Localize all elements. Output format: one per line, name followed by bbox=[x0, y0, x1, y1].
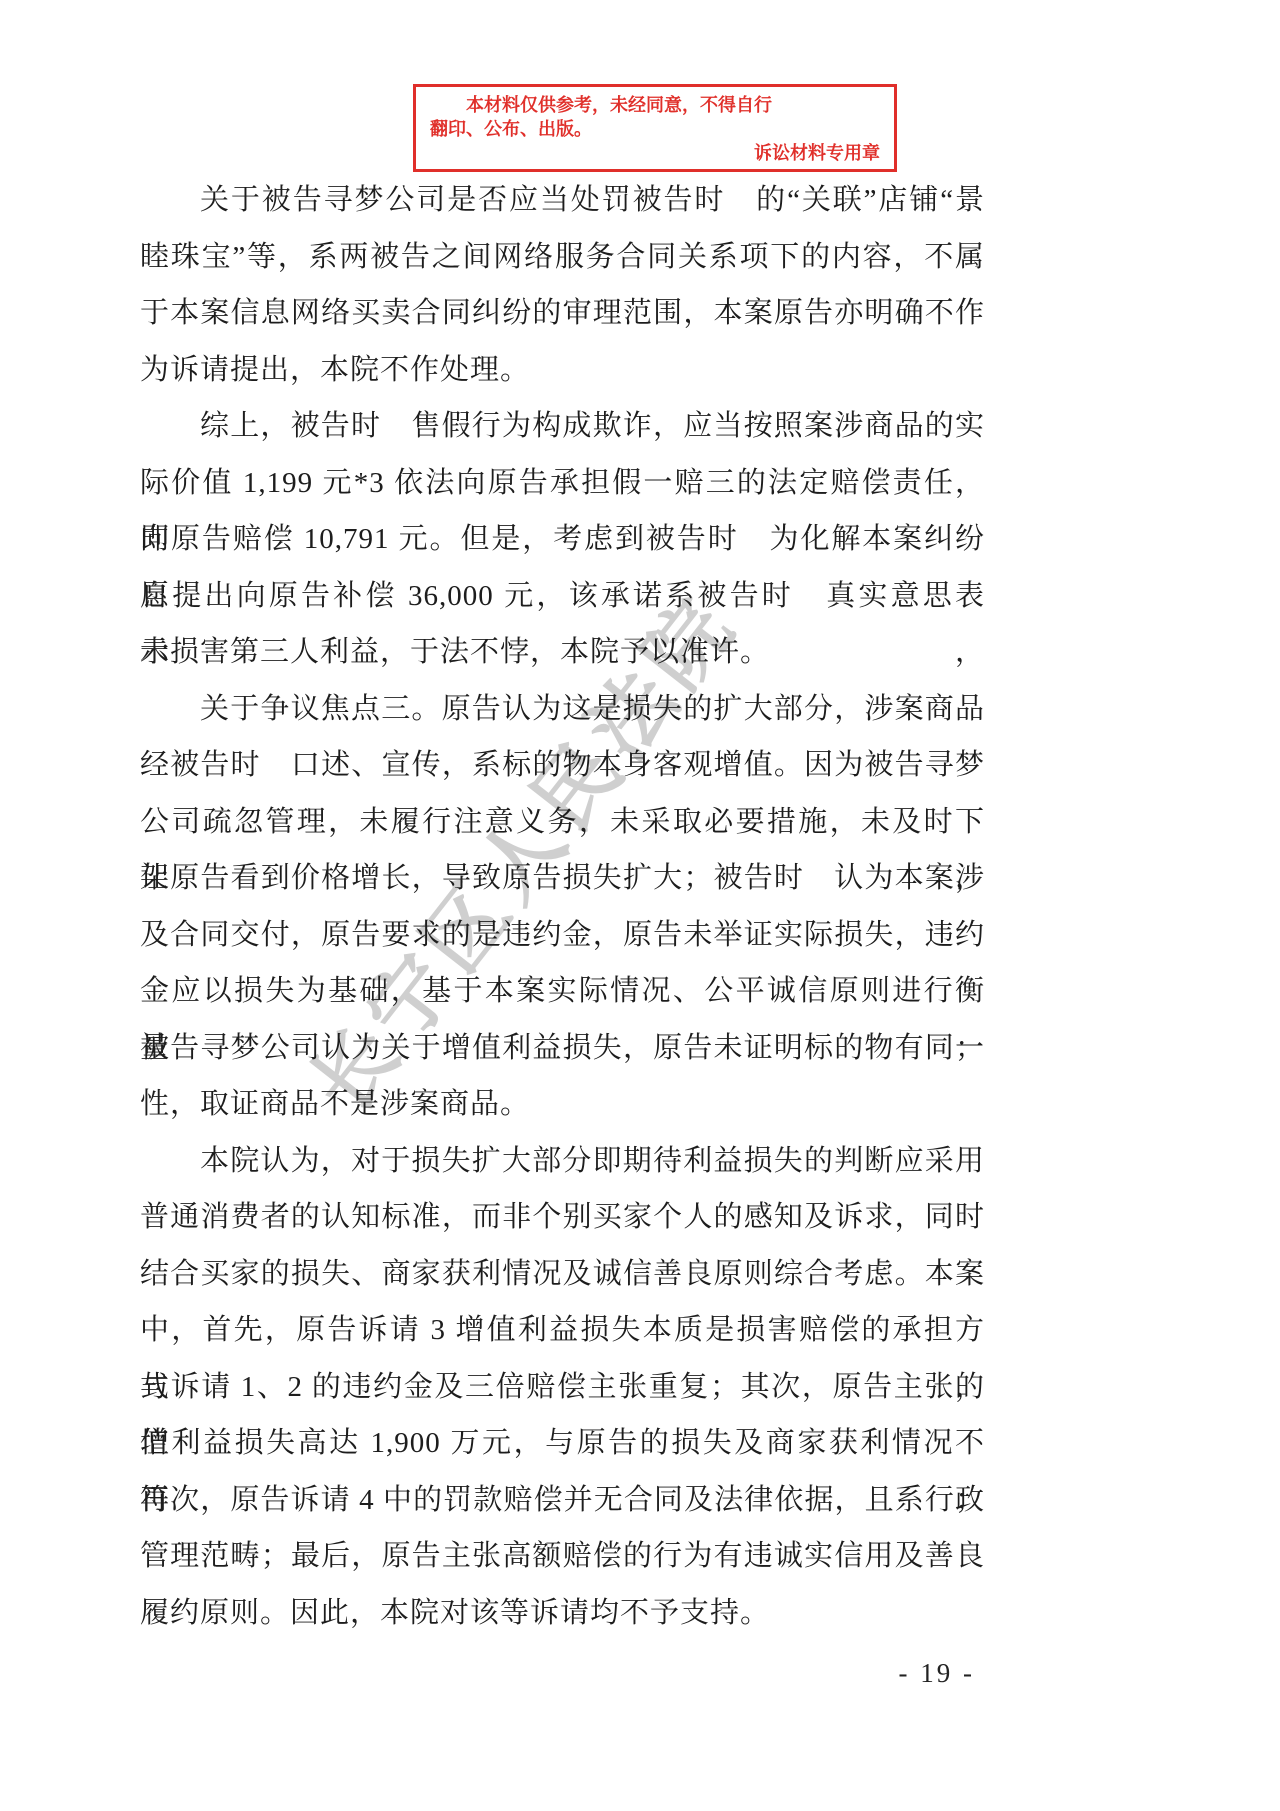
paragraph: 关于争议焦点三。原告认为这是损失的扩大部分，涉案商品 经被告时 口述、宣传，系标… bbox=[140, 681, 985, 1133]
text-line: 本院认为，对于损失扩大部分即期待利益损失的判断应采用 bbox=[140, 1133, 985, 1190]
text-line: 为诉请提出，本院不作处理。 bbox=[140, 342, 985, 399]
text-line: 与诉请 1、2 的违约金及三倍赔偿主张重复；其次，原告主张的增 bbox=[140, 1359, 985, 1416]
text-line: 经被告时 口述、宣传，系标的物本身客观增值。因为被告寻梦 bbox=[140, 737, 985, 794]
text-line: 睦珠宝”等，系两被告之间网络服务合同关系项下的内容，不属 bbox=[140, 229, 985, 286]
text-line: 再次，原告诉请 4 中的罚款赔偿并无合同及法律依据，且系行政 bbox=[140, 1472, 985, 1529]
stamp-line: 诉讼材料专用章 bbox=[430, 141, 880, 165]
text-line: 综上，被告时 售假行为构成欺诈，应当按照案涉商品的实 bbox=[140, 398, 985, 455]
stamp-line: 翻印、公布、出版。 bbox=[430, 117, 880, 141]
text-line: 公司疏忽管理，未履行注意义务，未采取必要措施，未及时下架， bbox=[140, 794, 985, 851]
text-line: 于本案信息网络买卖合同纠纷的审理范围，本案原告亦明确不作 bbox=[140, 285, 985, 342]
text-line: 结合买家的损失、商家获利情况及诚信善良原则综合考虑。本案 bbox=[140, 1246, 985, 1303]
page-number: - 19 - bbox=[0, 1658, 975, 1689]
stamp-line: 本材料仅供参考，未经同意，不得自行 bbox=[430, 93, 880, 117]
text-line: 关于争议焦点三。原告认为这是损失的扩大部分，涉案商品 bbox=[140, 681, 985, 738]
text-line: 履约原则。因此，本院对该等诉请均不予支持。 bbox=[140, 1585, 985, 1642]
text-line: 中，首先，原告诉请 3 增值利益损失本质是损害赔偿的承担方式， bbox=[140, 1302, 985, 1359]
paragraph: 关于被告寻梦公司是否应当处罚被告时 的“关联”店铺“景 睦珠宝”等，系两被告之间… bbox=[140, 172, 985, 398]
text-line: 及合同交付，原告要求的是违约金，原告未举证实际损失，违约 bbox=[140, 907, 985, 964]
document-page: 长宁区人民法院 本材料仅供参考，未经同意，不得自行 翻印、公布、出版。 诉讼材料… bbox=[0, 0, 1280, 1811]
text-line: 值利益损失高达 1,900 万元，与原告的损失及商家获利情况不符； bbox=[140, 1415, 985, 1472]
text-line: 际价值 1,199 元*3 依法向原告承担假一赔三的法定赔偿责任，即 bbox=[140, 455, 985, 512]
text-line: 被告寻梦公司认为关于增值利益损失，原告未证明标的物有同一 bbox=[140, 1020, 985, 1077]
judgment-text: 关于被告寻梦公司是否应当处罚被告时 的“关联”店铺“景 睦珠宝”等，系两被告之间… bbox=[140, 172, 985, 1641]
text-line: 让原告看到价格增长，导致原告损失扩大；被告时 认为本案涉 bbox=[140, 850, 985, 907]
text-line: 向原告赔偿 10,791 元。但是，考虑到被告时 为化解本案纠纷自 bbox=[140, 511, 985, 568]
text-line: 关于被告寻梦公司是否应当处罚被告时 的“关联”店铺“景 bbox=[140, 172, 985, 229]
text-line: 愿提出向原告补偿 36,000 元，该承诺系被告时 真实意思表示， bbox=[140, 568, 985, 625]
paragraph: 本院认为，对于损失扩大部分即期待利益损失的判断应采用 普通消费者的认知标准，而非… bbox=[140, 1133, 985, 1642]
text-line: 普通消费者的认知标准，而非个别买家个人的感知及诉求，同时 bbox=[140, 1189, 985, 1246]
paragraph: 综上，被告时 售假行为构成欺诈，应当按照案涉商品的实 际价值 1,199 元*3… bbox=[140, 398, 985, 681]
text-line: 管理范畴；最后，原告主张高额赔偿的行为有违诚实信用及善良 bbox=[140, 1528, 985, 1585]
confidentiality-stamp: 本材料仅供参考，未经同意，不得自行 翻印、公布、出版。 诉讼材料专用章 bbox=[413, 84, 897, 172]
text-line: 金应以损失为基础，基于本案实际情况、公平诚信原则进行衡量； bbox=[140, 963, 985, 1020]
text-line: 性，取证商品不是涉案商品。 bbox=[140, 1076, 985, 1133]
